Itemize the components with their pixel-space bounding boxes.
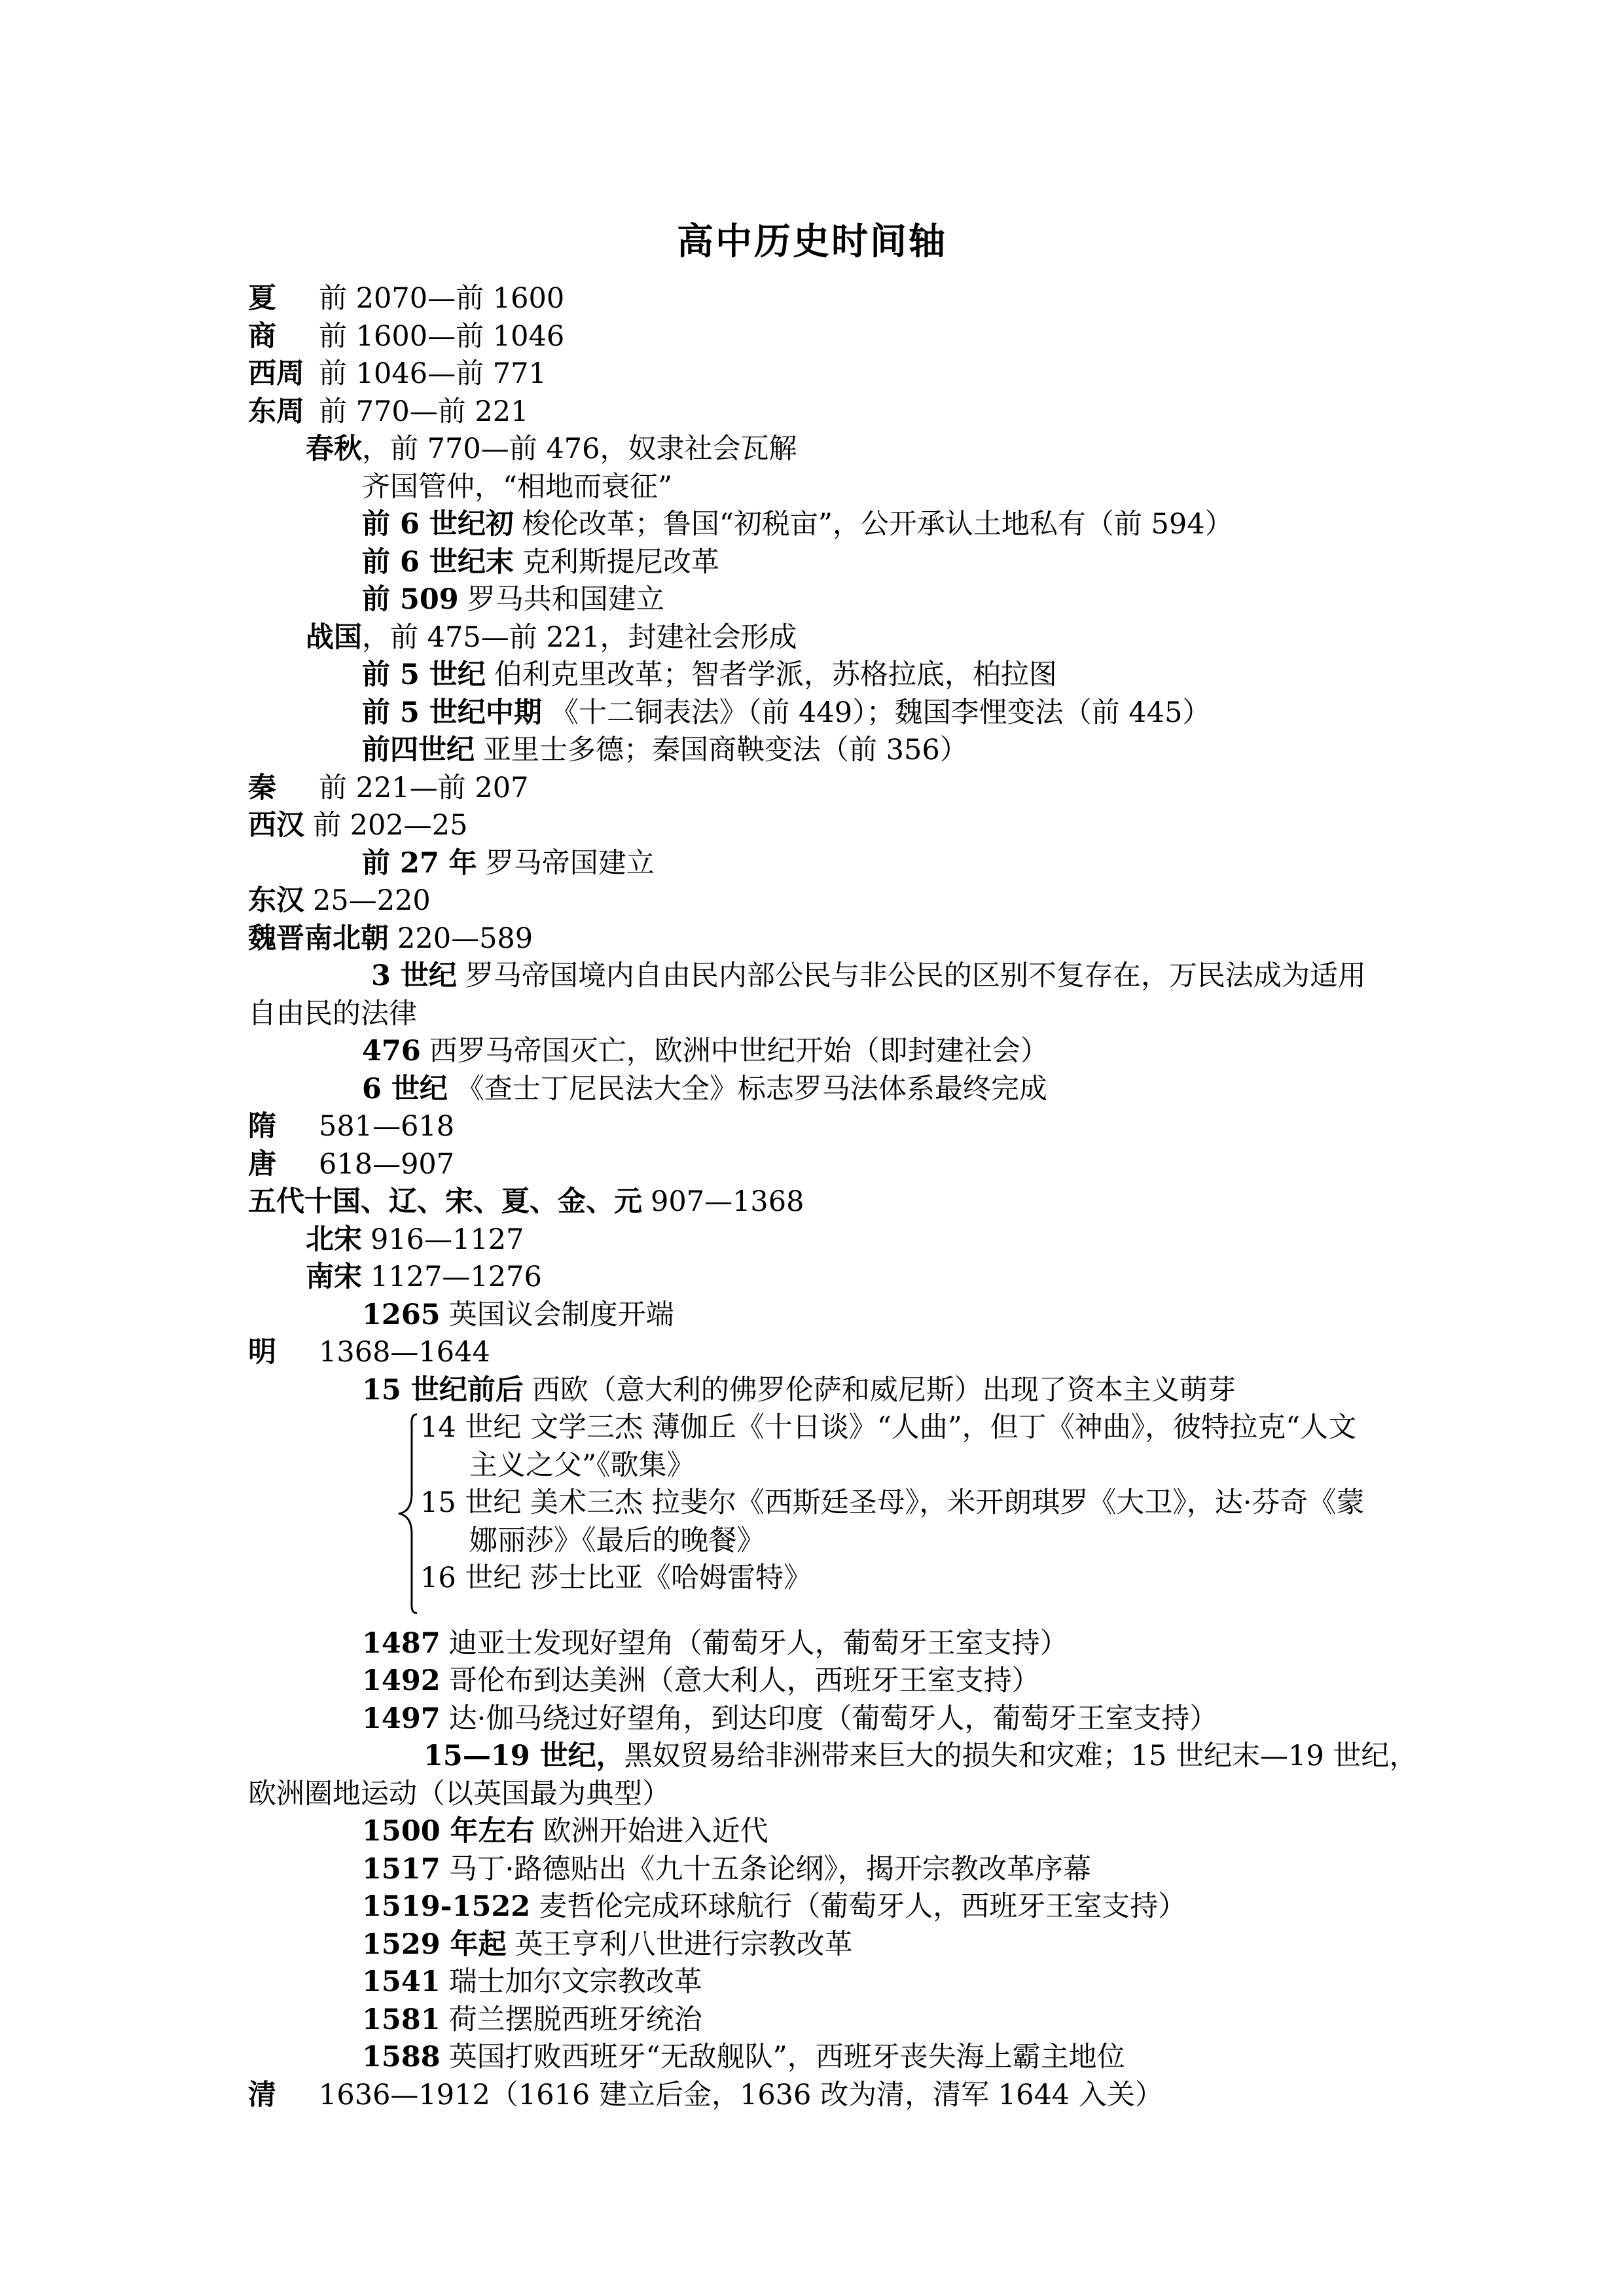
era-text: 《查士丁尼民法大全》标志罗马法体系最终完成 (456, 1073, 1047, 1105)
timeline-line: 前 27 年罗马帝国建立 (362, 845, 1492, 883)
timeline-line: 夏前 2070—前 1600 (248, 280, 1492, 318)
era-text: 荷兰摆脱西班牙统治 (449, 2003, 702, 2036)
era-text: 罗马共和国建立 (467, 583, 664, 616)
timeline-line: 3 世纪罗马帝国境内自由民内部公民与非公民的区别不复存在，万民法成为适用 (371, 958, 1492, 996)
era-label: 前 6 世纪末 (362, 546, 514, 579)
timeline-line: 15—19 世纪，黑奴贸易给非洲带来巨大的损失和灾难；15 世纪末—19 世纪， (424, 1738, 1492, 1776)
era-text: 达·伽马绕过好望角，到达印度（葡萄牙人，葡萄牙王室支持） (449, 1702, 1218, 1735)
era-text: 1127—1276 (370, 1261, 542, 1293)
page-title: 高中历史时间轴 (0, 213, 1624, 265)
era-text: 西欧（意大利的佛罗伦萨和威尼斯）出现了资本主义萌芽 (532, 1374, 1236, 1407)
timeline-line: 秦前 221—前 207 (248, 770, 1492, 808)
era-label: 1588 (362, 2041, 441, 2073)
era-label: 春秋 (306, 433, 362, 465)
era-label: 西汉 (248, 809, 304, 842)
era-text: 亚里士多德；秦国商鞅变法（前 356） (483, 734, 968, 766)
era-text: 罗马帝国境内自由民内部公民与非公民的区别不复存在，万民法成为适用 (465, 960, 1366, 992)
era-text: 前 221—前 207 (319, 772, 528, 804)
era-text: 581—618 (319, 1110, 454, 1143)
timeline-line: 前 5 世纪中期《十二铜表法》（前 449）；魏国李悝变法（前 445） (362, 694, 1492, 732)
timeline-line: 东周前 770—前 221 (248, 393, 1492, 431)
timeline-line: 主义之父”《歌集》 (469, 1447, 1492, 1485)
era-label: 1497 (362, 1702, 441, 1735)
timeline-line: 齐国管仲，“相地而衰征” (362, 469, 1492, 507)
era-text: 618—907 (319, 1148, 454, 1181)
era-text: 西罗马帝国灭亡，欧洲中世纪开始（即封建社会） (429, 1035, 1049, 1067)
era-text: 907—1368 (651, 1185, 804, 1218)
timeline-line: 西周前 1046—前 771 (248, 355, 1492, 393)
timeline-line: 前四世纪亚里士多德；秦国商鞅变法（前 356） (362, 732, 1492, 770)
era-label: 北宋 (306, 1223, 362, 1256)
era-text: 欧洲圈地运动（以英国最为典型） (248, 1778, 670, 1810)
era-text: 前 1600—前 1046 (319, 320, 564, 353)
timeline-line: 1517马丁·路德贴出《九十五条论纲》，揭开宗教改革序幕 (362, 1851, 1492, 1889)
timeline-line: 商前 1600—前 1046 (248, 318, 1492, 356)
timeline-line: 前 509罗马共和国建立 (362, 581, 1492, 619)
timeline-line: 476西罗马帝国灭亡，欧洲中世纪开始（即封建社会） (362, 1033, 1492, 1071)
era-label: 15 世纪前后 (362, 1374, 524, 1407)
timeline-line: 前 6 世纪末克利斯提尼改革 (362, 544, 1492, 582)
era-text: 伯利克里改革；智者学派，苏格拉底，柏拉图 (494, 658, 1057, 691)
era-text: 瑞士加尔文宗教改革 (449, 1965, 702, 1998)
timeline-line: 1529 年起英王亨利八世进行宗教改革 (362, 1926, 1492, 1964)
era-label: 6 世纪 (362, 1073, 448, 1105)
era-label: 秦 (248, 770, 310, 808)
era-label: 1265 (362, 1299, 441, 1331)
timeline-line: 15 世纪 美术三杰 拉斐尔《西斯廷圣母》，米开朗琪罗《大卫》，达·芬奇《蒙 (420, 1484, 1492, 1522)
era-text: 欧洲开始进入近代 (543, 1815, 768, 1848)
timeline-line: 魏晋南北朝220—589 (248, 920, 1492, 958)
timeline-line: 1519-1522麦哲伦完成环球航行（葡萄牙人，西班牙王室支持） (362, 1888, 1492, 1926)
era-label: 476 (362, 1035, 421, 1067)
timeline-line: 隋581—618 (248, 1108, 1492, 1146)
era-text: 麦哲伦完成环球航行（葡萄牙人，西班牙王室支持） (539, 1890, 1186, 1923)
timeline-line: 1541瑞士加尔文宗教改革 (362, 1964, 1492, 2001)
era-label: 1519-1522 (362, 1890, 530, 1923)
era-label: 清 (248, 2077, 310, 2115)
timeline-line: 战国，前 475—前 221，封建社会形成 (306, 619, 1492, 657)
era-text: 1368—1644 (319, 1336, 490, 1369)
timeline-line: 1265英国议会制度开端 (362, 1297, 1492, 1335)
timeline-line: 南宋1127—1276 (306, 1259, 1492, 1297)
era-label: 南宋 (306, 1261, 362, 1293)
timeline-line: 前 5 世纪伯利克里改革；智者学派，苏格拉底，柏拉图 (362, 656, 1492, 694)
era-label: 夏 (248, 280, 310, 318)
era-text: 罗马帝国建立 (486, 847, 655, 880)
timeline-line: 15 世纪前后西欧（意大利的佛罗伦萨和威尼斯）出现了资本主义萌芽 (362, 1372, 1492, 1410)
era-label: 前 5 世纪中期 (362, 696, 542, 729)
era-label: 西周 (248, 355, 310, 393)
era-text: 916—1127 (370, 1223, 524, 1256)
timeline-line: 清1636—1912（1616 建立后金，1636 改为清，清军 1644 入关… (248, 2077, 1492, 2115)
era-label: 前 6 世纪初 (362, 508, 514, 541)
era-text: ，前 475—前 221，封建社会形成 (362, 621, 797, 654)
timeline-line: 1497达·伽马绕过好望角，到达印度（葡萄牙人，葡萄牙王室支持） (362, 1700, 1492, 1738)
document-page: 高中历史时间轴 夏前 2070—前 1600商前 1600—前 1046西周前 … (0, 0, 1624, 2296)
era-text: 前 770—前 221 (319, 395, 528, 428)
era-label: 明 (248, 1334, 310, 1372)
era-label: 前 27 年 (362, 847, 477, 880)
era-text: 前 202—25 (313, 809, 467, 842)
timeline-line: 欧洲圈地运动（以英国最为典型） (248, 1776, 1492, 1814)
era-label: 唐 (248, 1146, 310, 1184)
era-label: 东周 (248, 393, 310, 431)
era-text: 迪亚士发现好望角（葡萄牙人，葡萄牙王室支持） (449, 1627, 1068, 1660)
timeline-line: 1581荷兰摆脱西班牙统治 (362, 2001, 1492, 2039)
timeline-line: 14 世纪 文学三杰 薄伽丘《十日谈》“人曲”，但丁《神曲》，彼特拉克“人文 (420, 1409, 1492, 1447)
brace-icon (393, 1412, 419, 1615)
era-label: 东汉 (248, 884, 304, 917)
era-text: 英王亨利八世进行宗教改革 (515, 1928, 853, 1961)
timeline-line: 西汉前 202—25 (248, 807, 1492, 845)
era-label: 1492 (362, 1664, 441, 1697)
era-label: 前 509 (362, 583, 459, 616)
timeline-content: 夏前 2070—前 1600商前 1600—前 1046西周前 1046—前 7… (248, 280, 1492, 2114)
era-label: 1487 (362, 1627, 441, 1660)
era-text: 英国议会制度开端 (449, 1299, 674, 1331)
era-label: 1541 (362, 1965, 441, 1998)
timeline-line: 1588英国打败西班牙“无敌舰队”，西班牙丧失海上霸主地位 (362, 2039, 1492, 2077)
era-text: 前 1046—前 771 (319, 357, 547, 390)
era-label: 前 5 世纪 (362, 658, 486, 691)
era-text: 英国打败西班牙“无敌舰队”，西班牙丧失海上霸主地位 (449, 2041, 1125, 2073)
era-text: 自由民的法律 (248, 997, 417, 1030)
timeline-line: 1500 年左右欧洲开始进入近代 (362, 1813, 1492, 1851)
timeline-line: 1492哥伦布到达美洲（意大利人，西班牙王室支持） (362, 1662, 1492, 1700)
timeline-line: 6 世纪《查士丁尼民法大全》标志罗马法体系最终完成 (362, 1071, 1492, 1109)
timeline-line: 北宋916—1127 (306, 1221, 1492, 1259)
era-text: 马丁·路德贴出《九十五条论纲》，揭开宗教改革序幕 (449, 1853, 1091, 1886)
era-label: 前四世纪 (362, 734, 475, 766)
era-label: 隋 (248, 1108, 310, 1146)
era-text: 《十二铜表法》（前 449）；魏国李悝变法（前 445） (550, 696, 1210, 729)
timeline-line: 娜丽莎》《最后的晚餐》 (469, 1522, 1492, 1560)
timeline-line: 唐618—907 (248, 1146, 1492, 1184)
era-text: 克利斯提尼改革 (522, 546, 719, 579)
era-text: 25—220 (313, 884, 431, 917)
era-label: 1500 年左右 (362, 1815, 535, 1848)
era-label: 魏晋南北朝 (248, 922, 389, 955)
timeline-line: 1487迪亚士发现好望角（葡萄牙人，葡萄牙王室支持） (362, 1625, 1492, 1663)
era-label: 1529 年起 (362, 1928, 507, 1961)
timeline-line: 东汉25—220 (248, 882, 1492, 920)
timeline-line: 明1368—1644 (248, 1334, 1492, 1372)
era-text: 哥伦布到达美洲（意大利人，西班牙王室支持） (449, 1664, 1040, 1697)
era-text: 黑奴贸易给非洲带来巨大的损失和灾难；15 世纪末—19 世纪， (624, 1740, 1418, 1772)
era-text: 前 2070—前 1600 (319, 282, 564, 315)
era-label: 战国 (306, 621, 362, 654)
era-label: 3 世纪 (371, 960, 457, 992)
era-text: 齐国管仲，“相地而衰征” (362, 471, 672, 503)
era-text: 220—589 (397, 922, 533, 955)
timeline-line: 前 6 世纪初梭伦改革；鲁国“初税亩”，公开承认土地私有（前 594） (362, 506, 1492, 544)
timeline-line: 五代十国、辽、宋、夏、金、元907—1368 (248, 1183, 1492, 1221)
era-label: 商 (248, 318, 310, 356)
renaissance-brace-group: 14 世纪 文学三杰 薄伽丘《十日谈》“人曲”，但丁《神曲》，彼特拉克“人文主义… (393, 1409, 1492, 1625)
era-label: 1581 (362, 2003, 441, 2036)
era-text: ，前 770—前 476，奴隶社会瓦解 (362, 433, 797, 465)
era-text: 梭伦改革；鲁国“初税亩”，公开承认土地私有（前 594） (522, 508, 1233, 541)
era-label: 1517 (362, 1853, 441, 1886)
timeline-line: 16 世纪 莎士比亚《哈姆雷特》 (420, 1560, 1492, 1598)
era-label: 15—19 世纪， (424, 1740, 624, 1772)
era-text: 1636—1912（1616 建立后金，1636 改为清，清军 1644 入关） (319, 2079, 1163, 2111)
era-label: 五代十国、辽、宋、夏、金、元 (248, 1185, 642, 1218)
timeline-line: 自由民的法律 (248, 996, 1492, 1033)
timeline-line: 春秋，前 770—前 476，奴隶社会瓦解 (306, 431, 1492, 469)
